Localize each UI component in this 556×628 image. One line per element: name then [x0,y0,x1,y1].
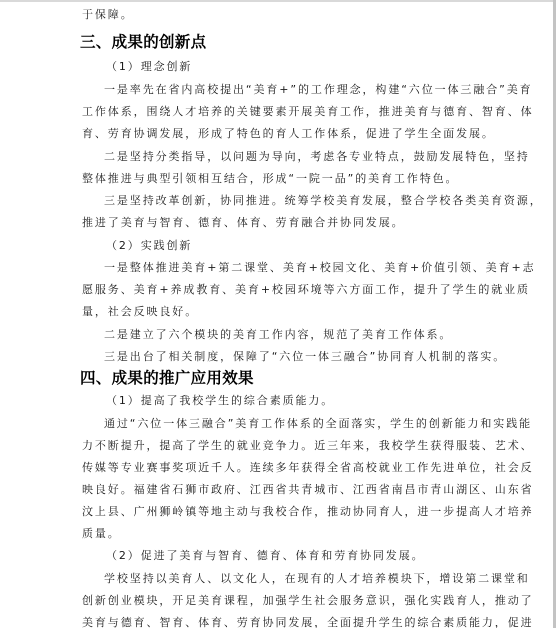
paragraph-line: 学校坚持以美育人、以文化人，在现有的人才培养模块下，增设第二课堂和 [104,570,530,586]
paragraph-line: 三是坚持改革创新，协同推进。统筹学校美育发展，整合学校各类美育资源， [104,192,543,208]
paragraph-line: 整体推进与典型引领相互结合，形成“一院一品”的美育工作特色。 [82,170,458,186]
paragraph-line: 育、劳育协调发展，形成了特色的育人工作体系，促进了学生全面发展。 [82,125,495,141]
paragraph-line: 映良好。福建省石狮市政府、江西省共青城市、江西省南昌市青山湖区、山东省 [82,481,534,497]
subheading-practice-innovation: （2）实践创新 [106,237,192,253]
section-heading-innovation: 三、成果的创新点 [80,30,206,52]
paragraph-line: 力不断提升，提高了学生的就业竞争力。近三年来，我校学生获得服装、艺术、 [82,437,534,453]
paragraph-line: 三是出台了相关制度，保障了“六位一体三融合”协同育人机制的落实。 [104,348,506,364]
paragraph-line: 工作体系，围绕人才培养的关键要素开展美育工作，推进美育与德育、智育、体 [82,103,534,119]
text-line: 于保障。 [82,6,134,22]
paragraph-line: 汶上县、广州狮岭镇等地主动与我校合作，推动协同育人，进一步提高人才培养 [82,503,534,519]
paragraph-line: 美育与德育、智育、体育、劳育协同发展，全面提升学生的综合素质能力，促进 [82,614,534,628]
paragraph-line: 通过“六位一体三融合”美育工作体系的全面落实，学生的创新能力和实践能 [104,415,532,431]
paragraph-line: 二是坚持分类指导，以问题为导向，考虑各专业特点，鼓励发展特色，坚持 [104,148,530,164]
paragraph-line: 质量。 [82,525,121,541]
paragraph-line: 创新创业模块，开足美育课程，加强学生社会服务意识，强化实践育人，推动了 [82,592,534,608]
paragraph-line: 推进了美育与智育、德育、体育、劳育融合并协同发展。 [82,214,405,230]
paragraph-line: 传媒等专业赛事奖项近千人。连续多年获得全省高校就业工作先进单位，社会反 [82,459,534,475]
subheading-quality: （1）提高了我校学生的综合素质能力。 [106,392,334,408]
subheading-coordinated-development: （2）促进了美育与智育、德育、体育和劳育协同发展。 [106,547,425,563]
paragraph-line: 一是整体推进美育+第二课堂、美育+校园文化、美育+价值引领、美育+志 [104,259,535,275]
section-heading-application: 四、成果的推广应用效果 [80,366,254,388]
paragraph-line: 量，社会反映良好。 [82,303,198,319]
paragraph-line: 二是建立了六个模块的美育工作内容，规范了美育工作体系。 [104,326,452,342]
paragraph-line: 愿服务、美育+养成教育、美育+校园环境等六方面工作，提升了学生的就业质 [82,281,530,297]
subheading-concept-innovation: （1）理念创新 [106,58,192,74]
document-page: 于保障。 三、成果的创新点 （1）理念创新 一是率先在省内高校提出“美育+”的工… [0,0,553,628]
paragraph-line: 一是率先在省内高校提出“美育+”的工作理念，构建“六位一体三融合”美育 [104,81,533,97]
